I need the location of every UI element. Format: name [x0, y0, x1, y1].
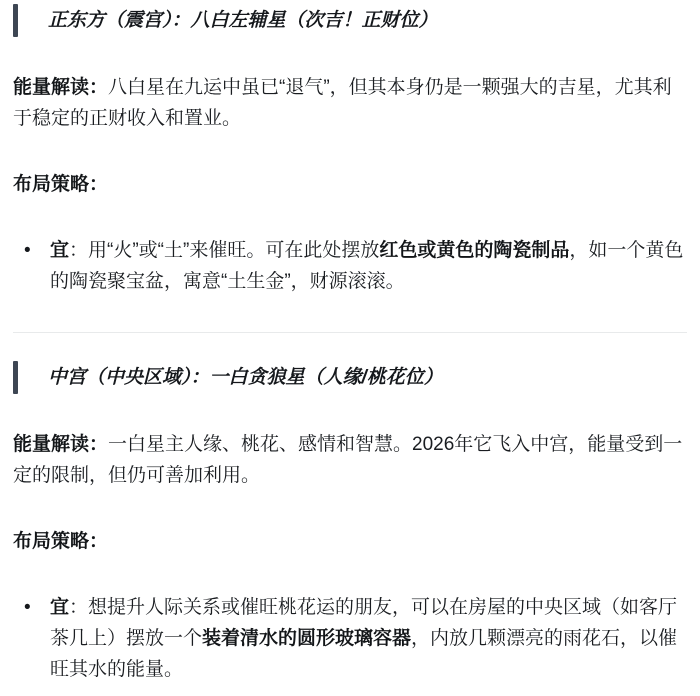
heading-accent-bar-icon	[13, 361, 18, 394]
fengshui-section-center: 中宫（中央区域）：一白贪狼星（人缘/桃花位） 能量解读：一白星主人缘、桃花、感情…	[13, 361, 687, 685]
bold-text-run: 装着清水的圆形玻璃容器	[202, 628, 411, 649]
bold-text-run: 宜	[50, 240, 69, 261]
strategy-list: 宜：用“火”或“土”来催旺。可在此处摆放红色或黄色的陶瓷制品，如一个黄色的陶瓷聚…	[13, 235, 687, 297]
list-item: 宜：想提升人际关系或催旺桃花运的朋友，可以在房屋的中央区域（如客厅茶几上）摆放一…	[50, 592, 687, 685]
section-heading: 中宫（中央区域）：一白贪狼星（人缘/桃花位）	[13, 361, 687, 394]
energy-paragraph: 能量解读：八白星在九运中虽已“退气”，但其本身仍是一颗强大的吉星，尤其利于稳定的…	[13, 72, 687, 134]
fengshui-section-east: 正东方（震宫）：八白左辅星（次吉！正财位） 能量解读：八白星在九运中虽已“退气”…	[13, 4, 687, 297]
section-heading-text: 中宫（中央区域）：一白贪狼星（人缘/桃花位）	[48, 361, 443, 394]
strategy-list: 宜：想提升人际关系或催旺桃花运的朋友，可以在房屋的中央区域（如客厅茶几上）摆放一…	[13, 592, 687, 685]
energy-text: 八白星在九运中虽已“退气”，但其本身仍是一颗强大的吉星，尤其利于稳定的正财收入和…	[13, 77, 672, 129]
text-run: ：用“火”或“土”来催旺。可在此处摆放	[69, 240, 379, 261]
section-heading-text: 正东方（震宫）：八白左辅星（次吉！正财位）	[48, 4, 438, 37]
energy-label: 能量解读：	[13, 77, 108, 98]
heading-accent-bar-icon	[13, 4, 18, 37]
energy-label: 能量解读：	[13, 434, 108, 455]
section-divider	[13, 332, 687, 333]
strategy-label: 布局策略：	[13, 526, 687, 557]
document-body: 正东方（震宫）：八白左辅星（次吉！正财位） 能量解读：八白星在九运中虽已“退气”…	[0, 0, 700, 685]
list-item: 宜：用“火”或“土”来催旺。可在此处摆放红色或黄色的陶瓷制品，如一个黄色的陶瓷聚…	[50, 235, 687, 297]
bold-text-run: 宜	[50, 597, 69, 618]
energy-text: 一白星主人缘、桃花、感情和智慧。2026年它飞入中宫，能量受到一定的限制，但仍可…	[13, 434, 682, 486]
bold-text-run: 红色或黄色的陶瓷制品	[379, 240, 569, 261]
section-heading: 正东方（震宫）：八白左辅星（次吉！正财位）	[13, 4, 687, 37]
energy-paragraph: 能量解读：一白星主人缘、桃花、感情和智慧。2026年它飞入中宫，能量受到一定的限…	[13, 429, 687, 491]
strategy-label: 布局策略：	[13, 169, 687, 200]
